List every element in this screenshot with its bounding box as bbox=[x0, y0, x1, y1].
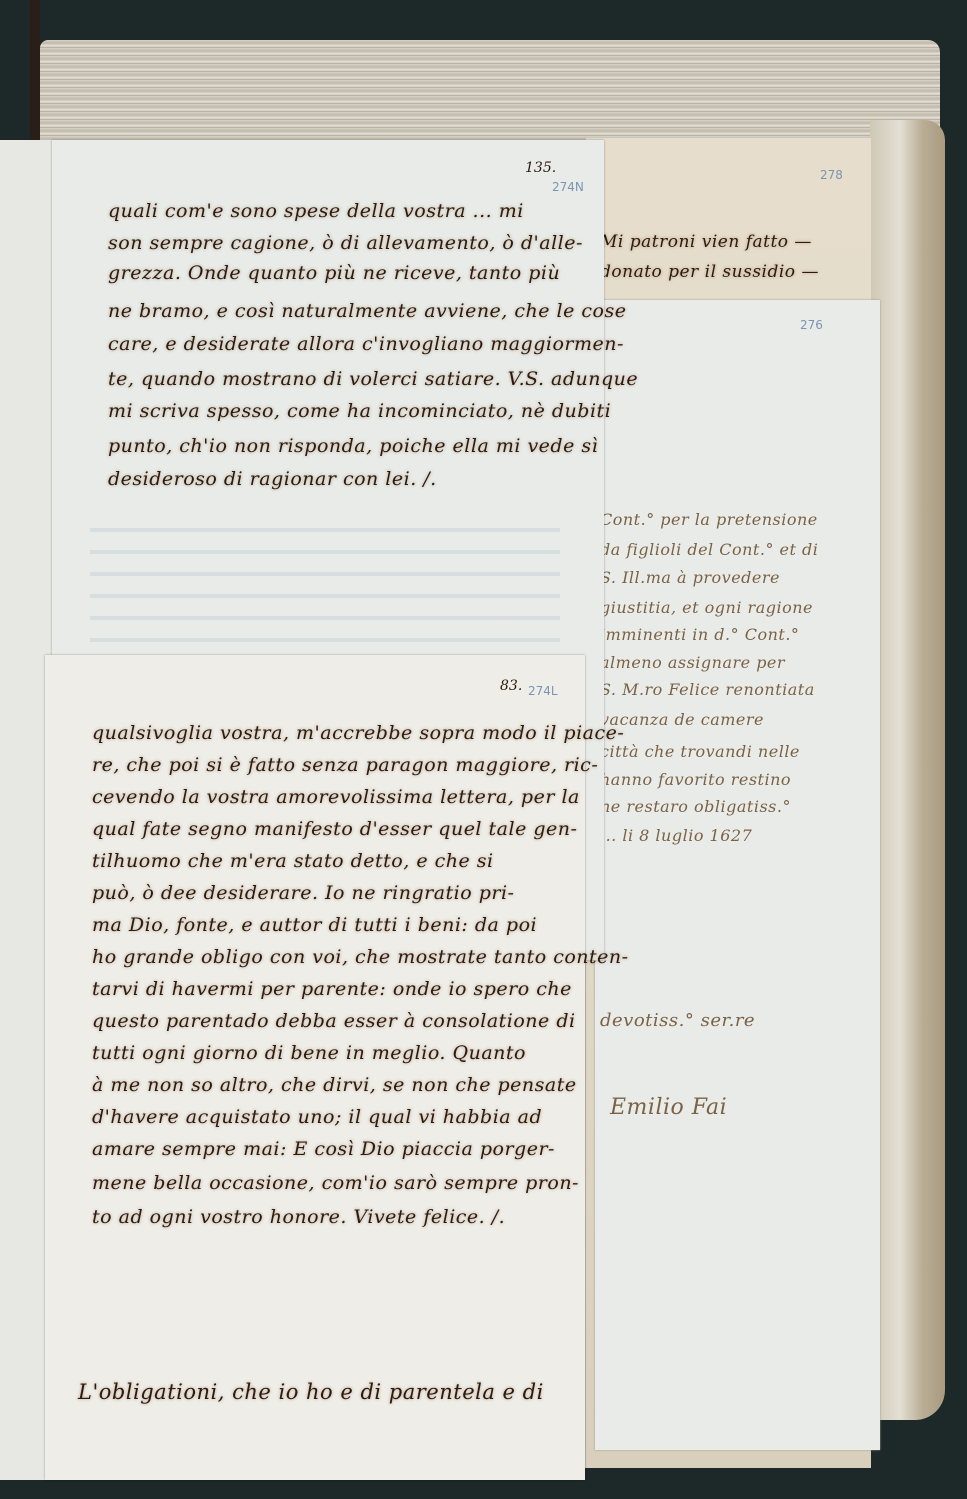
archive-number-back: 278 bbox=[820, 168, 843, 182]
signature: Emilio Fai bbox=[610, 1095, 727, 1120]
page-stack-right-edge bbox=[870, 120, 945, 1420]
folio-number-b: 83. bbox=[500, 678, 522, 694]
next-letter-opening: L'obligationi, che io ho e di parentela … bbox=[78, 1380, 544, 1404]
back-sheet-line: Mi patroni vien fatto — bbox=[600, 232, 812, 252]
ink-bleed-through bbox=[90, 510, 560, 650]
back-sheet-line: donato per il sussidio — bbox=[600, 262, 819, 282]
archive-number-note: 276 bbox=[800, 318, 823, 332]
letter-sheet-b bbox=[45, 655, 585, 1480]
inner-note-sheet bbox=[595, 300, 880, 1450]
closing-formula: devotiss.° ser.re bbox=[600, 1010, 755, 1031]
archive-number-a: 274N bbox=[552, 180, 584, 194]
archive-number-b: 274L bbox=[528, 684, 558, 698]
folio-number-a: 135. bbox=[525, 160, 556, 176]
